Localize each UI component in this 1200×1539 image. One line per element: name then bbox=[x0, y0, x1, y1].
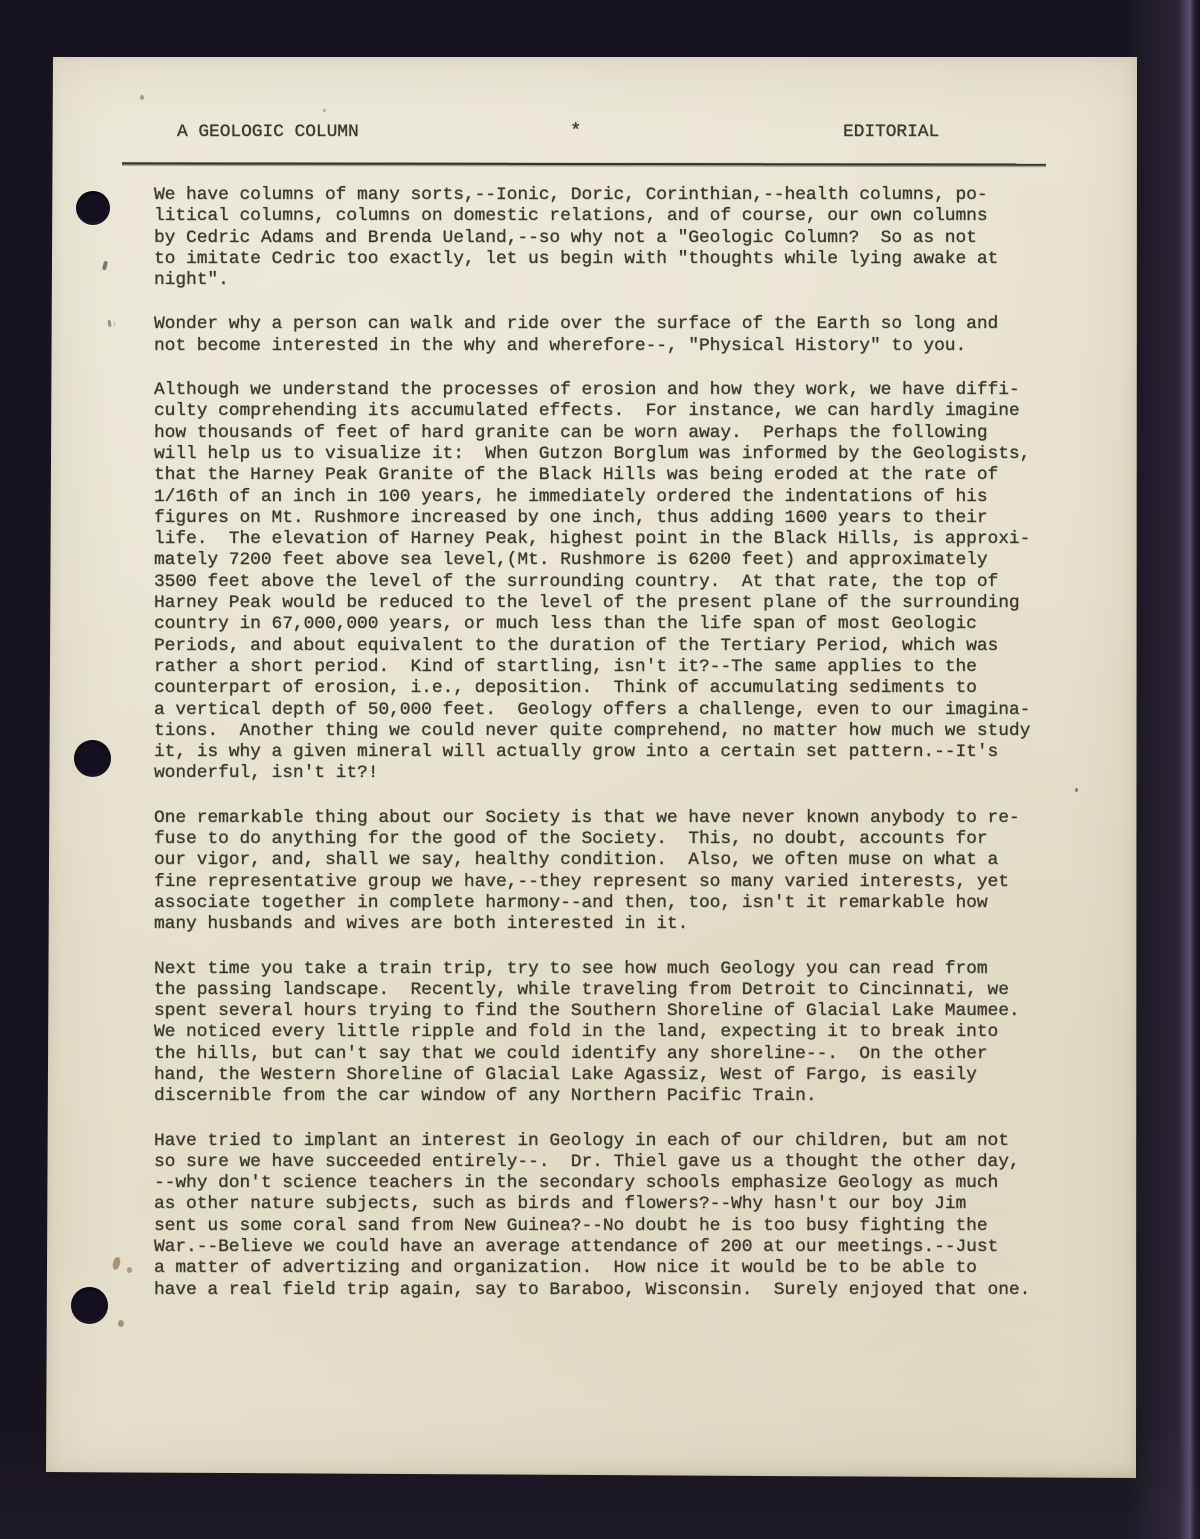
paragraph-2: Wonder why a person can walk and ride ov… bbox=[154, 314, 1094, 357]
punch-hole-middle bbox=[74, 740, 111, 777]
paper-speck bbox=[127, 1267, 132, 1273]
paragraph-5: Next time you take a train trip, try to … bbox=[154, 959, 1094, 1108]
stain-mark bbox=[118, 1320, 124, 1327]
page-header: A GEOLOGIC COLUMN * EDITORIAL bbox=[46, 122, 1137, 146]
paragraph-4: One remarkable thing about our Society i… bbox=[154, 808, 1094, 936]
paragraph-6: Have tried to implant an interest in Geo… bbox=[154, 1131, 1094, 1301]
document-body: We have columns of many sorts,--Ionic, D… bbox=[154, 185, 1094, 1301]
paper-speck bbox=[140, 95, 144, 100]
paragraph-3: Although we understand the processes of … bbox=[154, 380, 1094, 785]
paragraph-1: We have columns of many sorts,--Ionic, D… bbox=[154, 185, 1094, 291]
scan-background: A GEOLOGIC COLUMN * EDITORIAL We have co… bbox=[0, 0, 1200, 1539]
asterisk-separator: * bbox=[570, 121, 581, 142]
punch-hole-bottom bbox=[71, 1287, 108, 1324]
paper-speck bbox=[108, 320, 112, 327]
stain-mark bbox=[112, 1256, 121, 1270]
header-rule bbox=[122, 162, 1046, 165]
editorial-label: EDITORIAL bbox=[843, 122, 939, 143]
page-title: A GEOLOGIC COLUMN bbox=[177, 122, 359, 143]
paper-speck bbox=[323, 109, 326, 112]
paper-speck bbox=[102, 261, 108, 271]
document-page: A GEOLOGIC COLUMN * EDITORIAL We have co… bbox=[46, 57, 1137, 1478]
